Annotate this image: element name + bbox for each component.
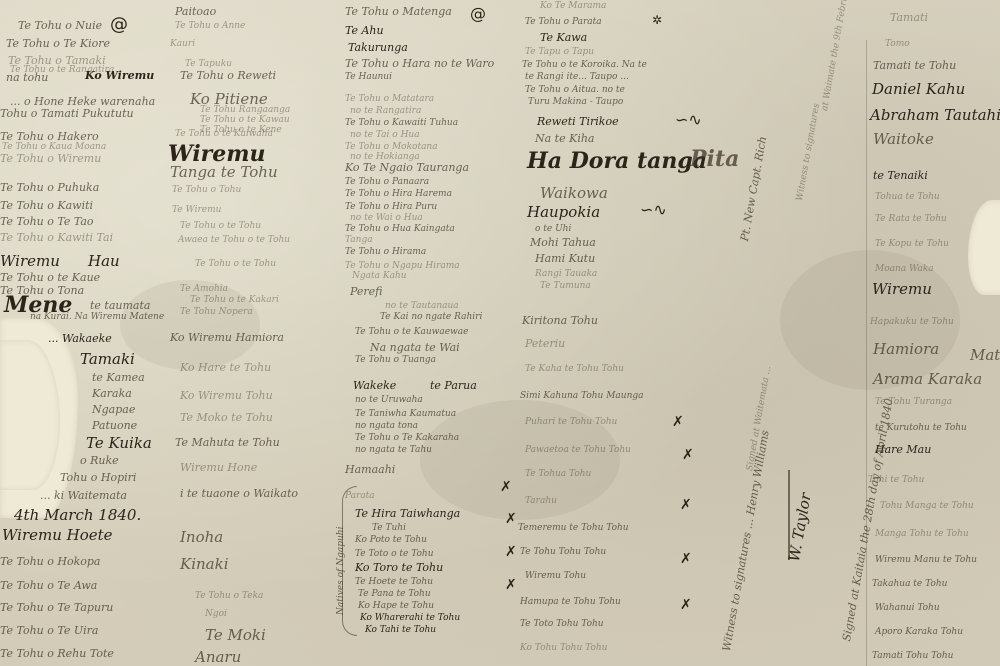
col5-line: Tohua te Tohu	[875, 193, 940, 202]
col3-line: Te Tohu o Panaara	[345, 178, 429, 187]
col1-line: 4th March 1840.	[14, 508, 141, 523]
col4-line: Tarahu	[525, 497, 557, 506]
cross-mark: ✗	[505, 578, 517, 592]
col3-line: Te Tohu o Hua Kaingata	[345, 225, 455, 234]
margin-note-waimate: at Waimate the 9th February	[820, 0, 853, 112]
col4-line: Ko Tohu Tohu Tohu	[520, 644, 607, 653]
col1-line: ... ki Waitemata	[40, 490, 127, 501]
moko-swirl-mark: ∽∿	[640, 202, 667, 218]
manuscript-sheet: Te Tohu o Nuie @ Te Tohu o Te Kiore Te T…	[0, 0, 1000, 666]
col2-line: Te Tapuku	[185, 60, 232, 69]
col5-line: Tohu Manga te Tohu	[880, 502, 974, 511]
col1-line: Te Tohu o Kawiti	[0, 200, 93, 211]
spiral-moko-mark: @	[470, 6, 486, 22]
col3-line: no ngata tona	[355, 422, 418, 431]
col4-line: te Rangi ite... Taupo ...	[525, 73, 629, 82]
col2-line: i te tuaone o Waikato	[180, 488, 298, 499]
col1-line: ... Wakaeke	[48, 333, 112, 344]
col3-line: Ngata Kahu	[352, 272, 407, 281]
col5-line: Tamati Tohu Tohu	[872, 652, 953, 661]
col2-line: Te Mahuta te Tohu	[175, 437, 280, 448]
col3-line: Ko Toro te Tohu	[355, 562, 443, 573]
col1-line: Wiremu Hoete	[2, 528, 113, 543]
col1-line: Ko Wiremu	[85, 70, 154, 81]
col3-line: Te Hira Taiwhanga	[355, 508, 460, 519]
col2-line: Te Tohu Nopera	[180, 308, 253, 317]
col3-line: Te Hoete te Tohu	[355, 578, 433, 587]
col5-line: te Kurutohu te Tohu	[875, 424, 967, 433]
col5-line: Manga Tohu te Tohu	[875, 530, 969, 539]
col5-line: Hare Mau	[875, 444, 931, 455]
col2-line: Awaea te Tohu o te Tohu	[178, 236, 290, 245]
col2-line: Te Moki	[205, 628, 266, 643]
col1-line: Te Tohu o Te Tao	[0, 216, 94, 227]
col3-line: Te Tohu o Hira Puru	[345, 203, 437, 212]
col5-line: Tohi te Tohu	[868, 476, 924, 485]
col2-line: Anaru	[195, 650, 241, 665]
col4-line: Te Tohu o Parata	[525, 18, 602, 27]
col1-line: na tohu	[6, 72, 48, 83]
col5-line: Tomo	[885, 40, 910, 49]
col3-line: Ko Hape te Tohu	[358, 602, 434, 611]
col1-line: Te Tohu o Hokopa	[0, 556, 100, 567]
col1-line: Tohu o Tamati Pukututu	[0, 108, 134, 119]
cross-mark: ✗	[682, 448, 694, 462]
col3-line: Te Pana te Tohu	[358, 590, 431, 599]
col5-line: Tamati te Tohu	[873, 60, 956, 71]
col4-line: Hamupa te Tohu Tohu	[520, 598, 621, 607]
col4-line: Hami Kutu	[535, 253, 595, 264]
col5-line: Te Rata te Tohu	[875, 215, 947, 224]
col4-line: Puhari te Tohu Tohu	[525, 418, 617, 427]
cross-mark: ✗	[680, 498, 692, 512]
col2-line: Ngoi	[205, 610, 227, 619]
col3-line: no te Rangatira	[350, 107, 421, 116]
col2-line: Te Amohia	[180, 285, 228, 294]
col4-line: Te Tumuna	[540, 282, 591, 291]
cross-mark: ✗	[505, 512, 517, 526]
col4-line: Te Tohu o Aitua. no te	[525, 86, 625, 95]
moko-swirl-mark: ∽∿	[675, 112, 702, 128]
col2-line: Te Tohu o Reweti	[180, 70, 276, 81]
col2-line: Ko Wiremu Hamiora	[170, 332, 284, 343]
col1-line: na Kurai. Na Wiremu Matene	[30, 313, 164, 322]
col3-line: Te Tohu o Matatara	[345, 95, 434, 104]
col1-line: Te Tohu o Puhuka	[0, 182, 99, 193]
col4-line: Te Tohua Tohu	[525, 470, 591, 479]
col3-line: Te Tohu o Matenga	[345, 6, 452, 17]
col4-line: Te Kawa	[540, 32, 587, 43]
cross-mark: ✗	[680, 598, 692, 612]
col5-line: Wahanui Tohu	[875, 604, 940, 613]
col1-line: ... o Hone Heke warenaha	[10, 96, 155, 107]
col1-line: Tamaki	[80, 352, 135, 367]
col4-line: Reweti Tirikoe	[537, 116, 619, 127]
col2-line: Te Wiremu	[172, 206, 221, 215]
col3-line: no te Uruwaha	[355, 396, 423, 405]
col5-line: te Tenaiki	[873, 170, 928, 181]
torn-hole-right	[968, 200, 1000, 295]
col3-line: Te Tohu o Hira Harema	[345, 190, 452, 199]
col4-line: o te Uhi	[535, 225, 571, 234]
col4-line: Na te Kiha	[535, 133, 595, 144]
col5-line: Wiremu	[872, 282, 932, 297]
margin-note-natives: Natives of Ngapuhi	[336, 527, 346, 615]
col2-line: Te Tohu o te Kakari	[190, 296, 279, 305]
col5-line: Takahua te Tohu	[872, 580, 947, 589]
col1-line: Patuone	[92, 420, 137, 431]
cross-mark: ✗	[672, 415, 684, 429]
col5-line: Waitoke	[873, 132, 934, 147]
col5-line: Wiremu Manu te Tohu	[875, 556, 977, 565]
col3-line: Te Ahu	[345, 25, 384, 36]
col1-line: Te Tohu o te Kaue	[0, 272, 100, 283]
col5-line: Moana Waka	[875, 265, 934, 274]
col2-line: Te Tohu Rangaanga	[200, 106, 290, 115]
col2-line: Wiremu Hone	[180, 462, 257, 473]
col3-line: Te Tuhi	[372, 524, 406, 533]
col2-line: Te Moko te Tohu	[180, 412, 273, 423]
col3-line: Hamaahi	[345, 464, 395, 475]
col5-line: Tamati	[890, 12, 928, 23]
col1-line: Tohu o Hopiri	[60, 472, 136, 483]
col4-line: Te Kaha te Tohu Tohu	[525, 365, 624, 374]
col2-line: Wiremu	[168, 143, 266, 165]
col4-line: Pawaetoa te Tohu Tohu	[525, 446, 631, 455]
col2-line: Te Tohu o te Kawau	[200, 116, 290, 125]
col4-line: Ha Dora tanga	[527, 150, 707, 172]
col3-line: Ko Tahi te Tohu	[365, 626, 436, 635]
col2-line: Paitoao	[175, 6, 216, 17]
col5-line: Arama Karaka	[873, 372, 982, 387]
col1-line: Te Tohu o Wiremu	[0, 153, 101, 164]
col5-line: Hamiora	[873, 342, 939, 357]
col4-line: Te Tapu o Tapu	[525, 48, 594, 57]
col4-line: Wiremu Tohu	[525, 572, 586, 581]
col3-line: Takurunga	[348, 42, 408, 53]
margin-note-witness: Witness to signatures	[795, 103, 822, 202]
col2-line: Te Tohu o te Tohu	[180, 222, 261, 231]
col3-line: Te Taniwha Kaumatua	[355, 410, 456, 419]
col1-line: Karaka	[92, 388, 132, 399]
col3-line: te Parua	[430, 380, 477, 391]
col4-line: Pita	[690, 148, 739, 170]
col1-line: Ngapae	[92, 404, 135, 415]
col2-line: Ko Wiremu Tohu	[180, 390, 273, 401]
col3-line: Perefi	[350, 286, 383, 297]
col1-line: Te Tohu o Te Tapuru	[0, 602, 113, 613]
col4-line: Ko Te Marama	[540, 2, 606, 11]
col4-line: Turu Makina - Taupo	[528, 98, 623, 107]
signature-underline	[788, 470, 790, 560]
col3-line: no ngata te Tahu	[355, 446, 432, 455]
col4-line: Waikowa	[540, 186, 608, 201]
col4-line: Te Tohu Tohu Tohu	[520, 548, 606, 557]
col3-line: no te Wai o Hua	[350, 214, 423, 223]
col2-line: Ko Hare te Tohu	[180, 362, 271, 373]
col2-line: Inoha	[180, 530, 223, 545]
col5-line: Hapakuku te Tohu	[870, 318, 954, 327]
col2-line: Te Tohu o Tohu	[172, 186, 241, 195]
col4-line: Haupokia	[527, 205, 600, 220]
margin-rule	[866, 40, 867, 666]
col2-line: Kauri	[170, 40, 195, 49]
col1-line: Te Tohu o Te Uira	[0, 625, 98, 636]
col3-line: Wakeke	[353, 380, 396, 391]
col3-line: Te Toto o te Tohu	[355, 550, 434, 559]
col3-line: Te Haunui	[345, 73, 392, 82]
col2-line: Tanga te Tohu	[170, 165, 278, 180]
spiral-moko-mark: @	[110, 16, 128, 34]
col1-line: te Kamea	[92, 372, 145, 383]
col3-line: no te Tautanaua	[385, 302, 459, 311]
col1-line: Te Tohu o Kawiti Tai	[0, 232, 113, 243]
col1-line: Wiremu	[0, 254, 60, 269]
col3-line: Tanga	[345, 236, 373, 245]
col3-line: Te Tohu o Kawaiti Tuhua	[345, 119, 458, 128]
col3-line: no te Tai o Hua	[350, 131, 420, 140]
col3-line: Te Tohu o Tuanga	[355, 356, 436, 365]
margin-note-signature: Pt. New Capt. Rich	[738, 135, 769, 242]
col1-line: te taumata	[90, 300, 150, 311]
col5-line: Daniel Kahu	[872, 82, 965, 97]
col1-line: Te Tohu o Te Awa	[0, 580, 97, 591]
sun-mark: ✲	[652, 14, 662, 26]
col5-line: Te Kopu te Tohu	[875, 240, 949, 249]
col2-line: Te Tohu o te Tohu	[195, 260, 276, 269]
col5-line: Abraham Tautahi	[870, 108, 1000, 123]
col4-line: Te Toto Tohu Tohu	[520, 620, 604, 629]
col3-line: Te Tohu o Ngapu Hirama	[345, 262, 460, 271]
col1-line: Hau	[88, 254, 120, 269]
col5-line: Te Tohu Turanga	[875, 398, 952, 407]
col3-line: Ko Te Ngaio Tauranga	[345, 162, 469, 173]
col4-line: Peteriu	[525, 338, 565, 349]
col2-line: Te Tohu o te Kene	[200, 126, 282, 135]
col1-line: Te Tohu o Rehu Tote	[0, 648, 114, 659]
col4-line: Temeremu te Tohu Tohu	[518, 524, 629, 533]
col4-line: Te Tohu o te Koroika. Na te	[522, 61, 647, 70]
cross-mark: ✗	[505, 545, 517, 559]
col3-line: Te Tohu o Mokotana	[345, 143, 438, 152]
col5-line: Aporo Karaka Tohu	[875, 628, 963, 637]
col3-line: Te Tohu o te Kauwaewae	[355, 328, 468, 337]
col4-line: Kiritona Tohu	[522, 315, 598, 326]
col2-line: Te Tohu o Teka	[195, 592, 263, 601]
col1-line: Te Tohu o Nuie	[18, 20, 102, 31]
col4-line: Mohi Tahua	[530, 237, 596, 248]
col3-line: Ko Poto te Tohu	[355, 536, 427, 545]
col3-line: Na ngata te Wai	[370, 342, 460, 353]
col3-line: Ko Wharerahi te Tohu	[360, 614, 460, 623]
col1-line: Te Tohu o Hakero	[0, 131, 99, 142]
col4-line: Simi Kahuna Tohu Maunga	[520, 392, 644, 401]
col3-line: Te Tohu o Hirama	[345, 248, 426, 257]
col1-line: Te Kuika	[86, 436, 152, 451]
col3-line: Te Kai no ngate Rahiri	[380, 313, 482, 322]
col3-line: Te Tohu o Hara no te Waro	[345, 58, 494, 69]
col2-line: Te Tohu o Anne	[175, 22, 245, 31]
col5-line: Mata	[970, 348, 1000, 363]
col1-line: o Ruke	[80, 455, 119, 466]
cross-mark: ✗	[680, 552, 692, 566]
col2-line: Kinaki	[180, 557, 229, 572]
col1-line: Te Tohu o Kaua Moana	[2, 143, 106, 152]
col3-line: Te Tohu o Te Kakaraha	[355, 434, 459, 443]
cross-mark: ✗	[500, 480, 512, 494]
col4-line: Rangi Tauaka	[535, 270, 597, 279]
col1-line: Te Tohu o Te Kiore	[6, 38, 110, 49]
